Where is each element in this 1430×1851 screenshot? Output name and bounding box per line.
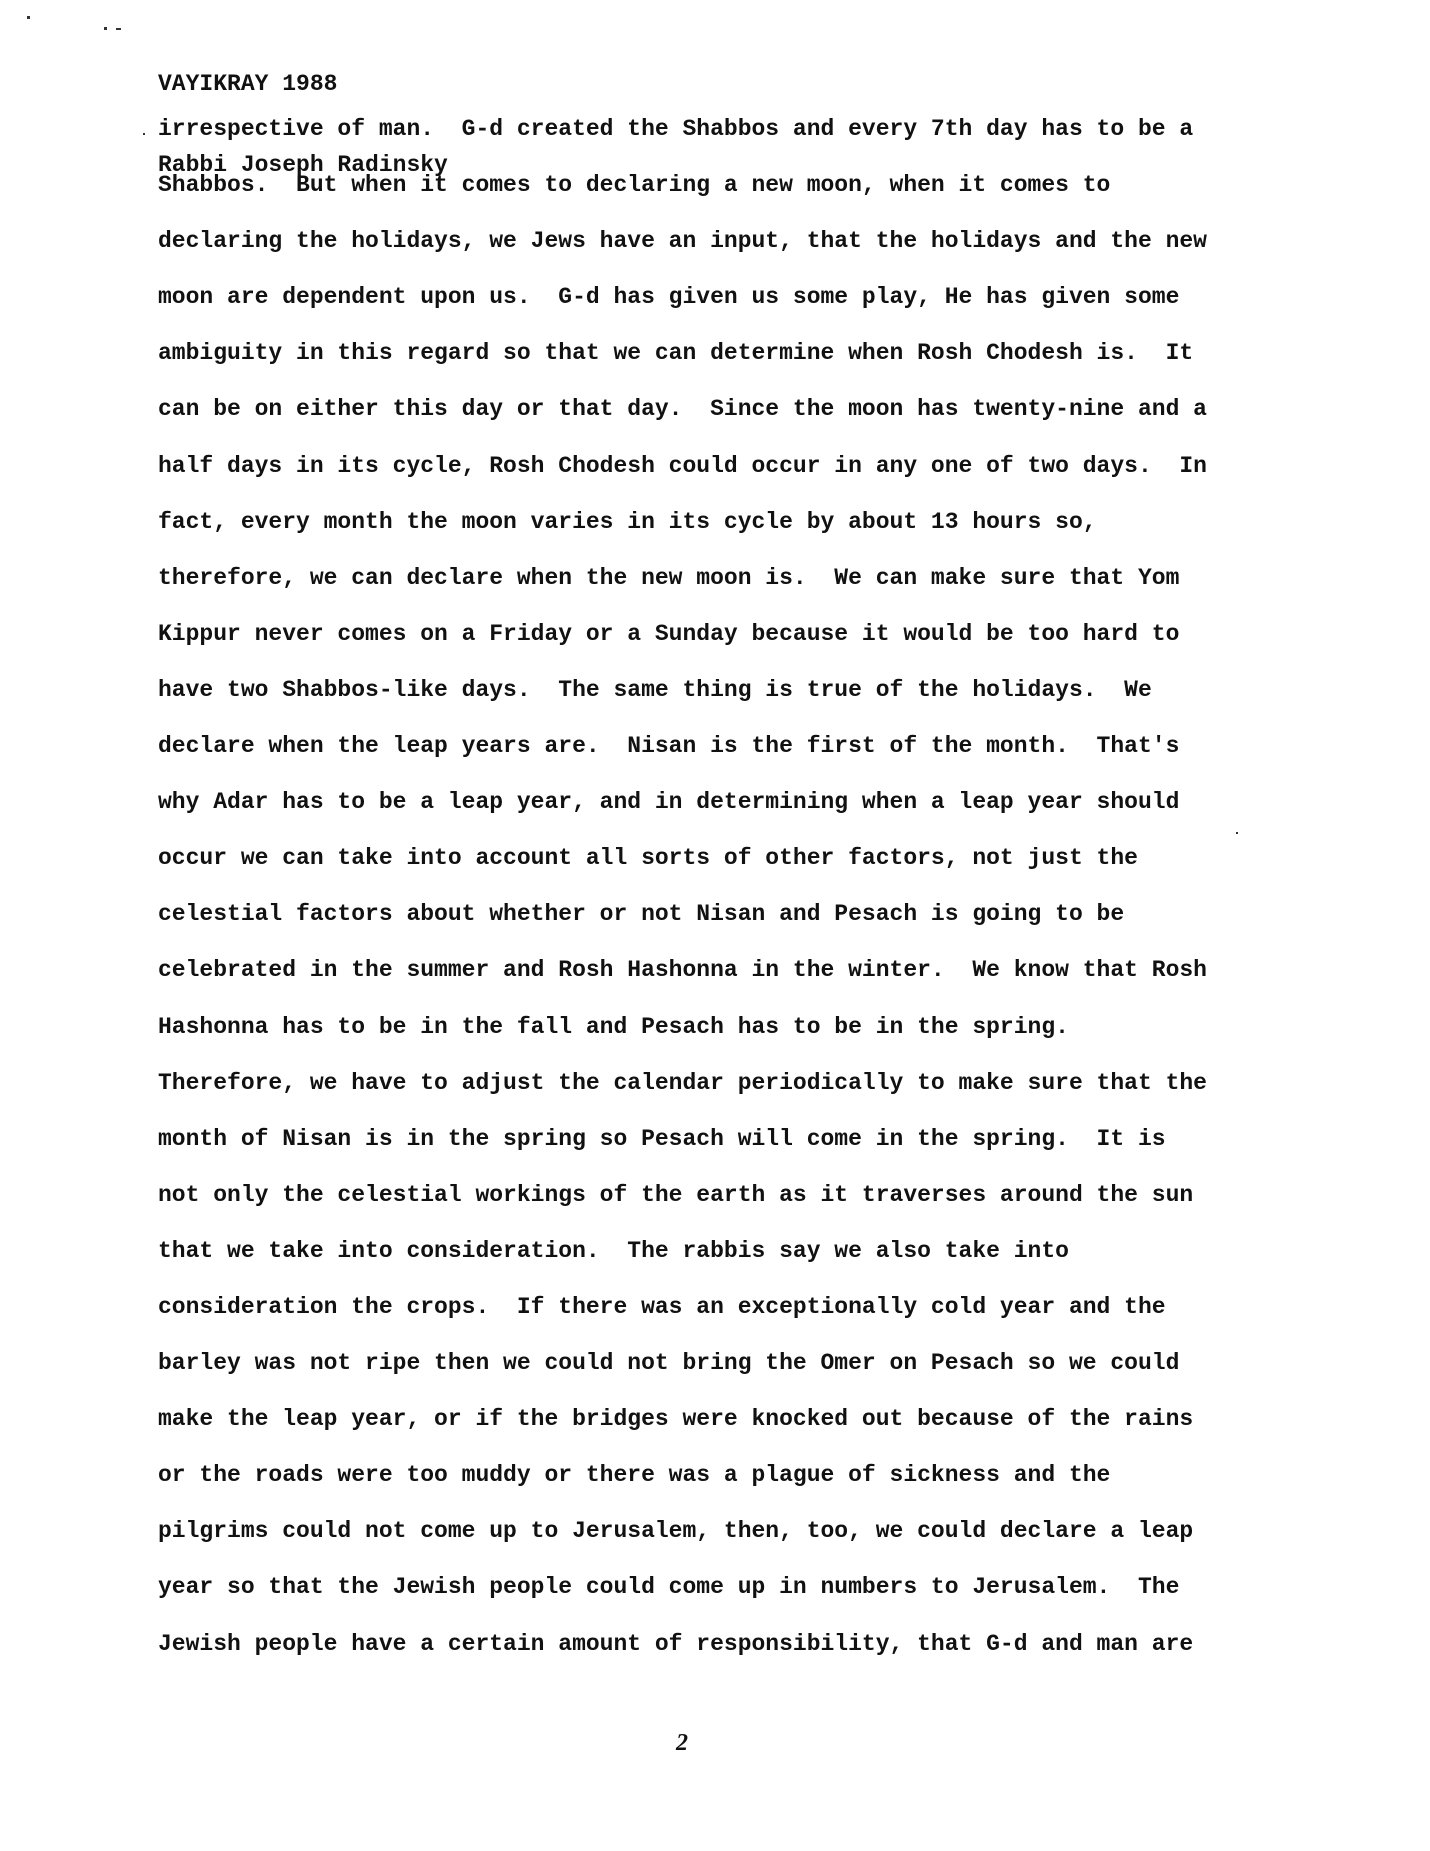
body-line: Shabbos. But when it comes to declaring … (158, 157, 1207, 213)
body-line: year so that the Jewish people could com… (158, 1559, 1207, 1615)
body-line: therefore, we can declare when the new m… (158, 550, 1207, 606)
scan-speck (27, 16, 30, 19)
scan-speck (116, 28, 121, 30)
body-line: irrespective of man. G-d created the Sha… (158, 101, 1207, 157)
document-page: VAYIKRAY 1988 Rabbi Joseph Radinsky irre… (0, 0, 1430, 1851)
body-line: make the leap year, or if the bridges we… (158, 1391, 1207, 1447)
body-line: that we take into consideration. The rab… (158, 1223, 1207, 1279)
body-line: celestial factors about whether or not N… (158, 886, 1207, 942)
document-title: VAYIKRAY 1988 (158, 71, 448, 98)
body-line: Hashonna has to be in the fall and Pesac… (158, 999, 1207, 1055)
body-line: barley was not ripe then we could not br… (158, 1335, 1207, 1391)
body-line: can be on either this day or that day. S… (158, 381, 1207, 437)
body-line: pilgrims could not come up to Jerusalem,… (158, 1503, 1207, 1559)
body-line: have two Shabbos-like days. The same thi… (158, 662, 1207, 718)
body-line: ambiguity in this regard so that we can … (158, 325, 1207, 381)
body-line: declare when the leap years are. Nisan i… (158, 718, 1207, 774)
body-line: Therefore, we have to adjust the calenda… (158, 1055, 1207, 1111)
body-line: or the roads were too muddy or there was… (158, 1447, 1207, 1503)
body-line: Jewish people have a certain amount of r… (158, 1616, 1207, 1672)
scan-speck (104, 27, 107, 30)
document-body: irrespective of man. G-d created the Sha… (158, 101, 1207, 1672)
body-line: half days in its cycle, Rosh Chodesh cou… (158, 438, 1207, 494)
body-line: celebrated in the summer and Rosh Hashon… (158, 942, 1207, 998)
body-line: Kippur never comes on a Friday or a Sund… (158, 606, 1207, 662)
scan-speck (143, 133, 145, 135)
body-line: declaring the holidays, we Jews have an … (158, 213, 1207, 269)
body-line: occur we can take into account all sorts… (158, 830, 1207, 886)
page-number: 2 (676, 1730, 688, 1757)
body-line: fact, every month the moon varies in its… (158, 494, 1207, 550)
body-line: month of Nisan is in the spring so Pesac… (158, 1111, 1207, 1167)
body-line: why Adar has to be a leap year, and in d… (158, 774, 1207, 830)
body-line: consideration the crops. If there was an… (158, 1279, 1207, 1335)
scan-speck (1236, 832, 1238, 834)
body-line: moon are dependent upon us. G-d has give… (158, 269, 1207, 325)
body-line: not only the celestial workings of the e… (158, 1167, 1207, 1223)
